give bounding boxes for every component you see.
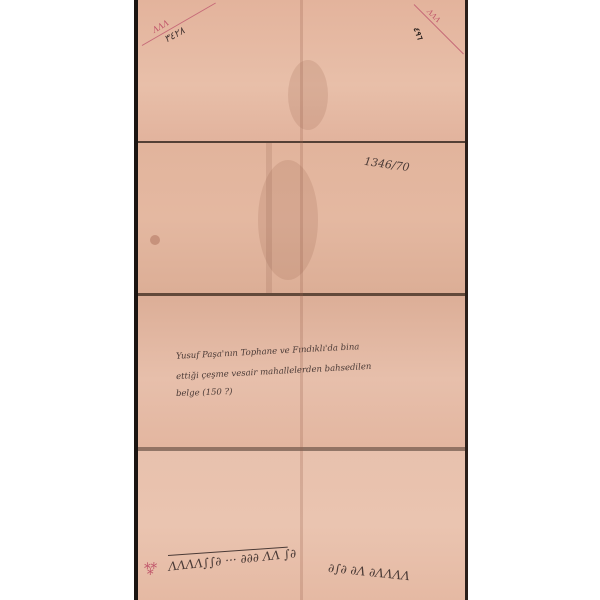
stain	[258, 160, 318, 280]
stain	[150, 235, 160, 245]
document-paper: ΛΛΛ ٣٤٢٨ ΛΛΛ ٤٩٦ 1346/70 Yusuf Paşa'nın …	[134, 0, 468, 600]
description-line-3: belge (150 ?)	[176, 387, 233, 399]
stain	[288, 60, 328, 130]
